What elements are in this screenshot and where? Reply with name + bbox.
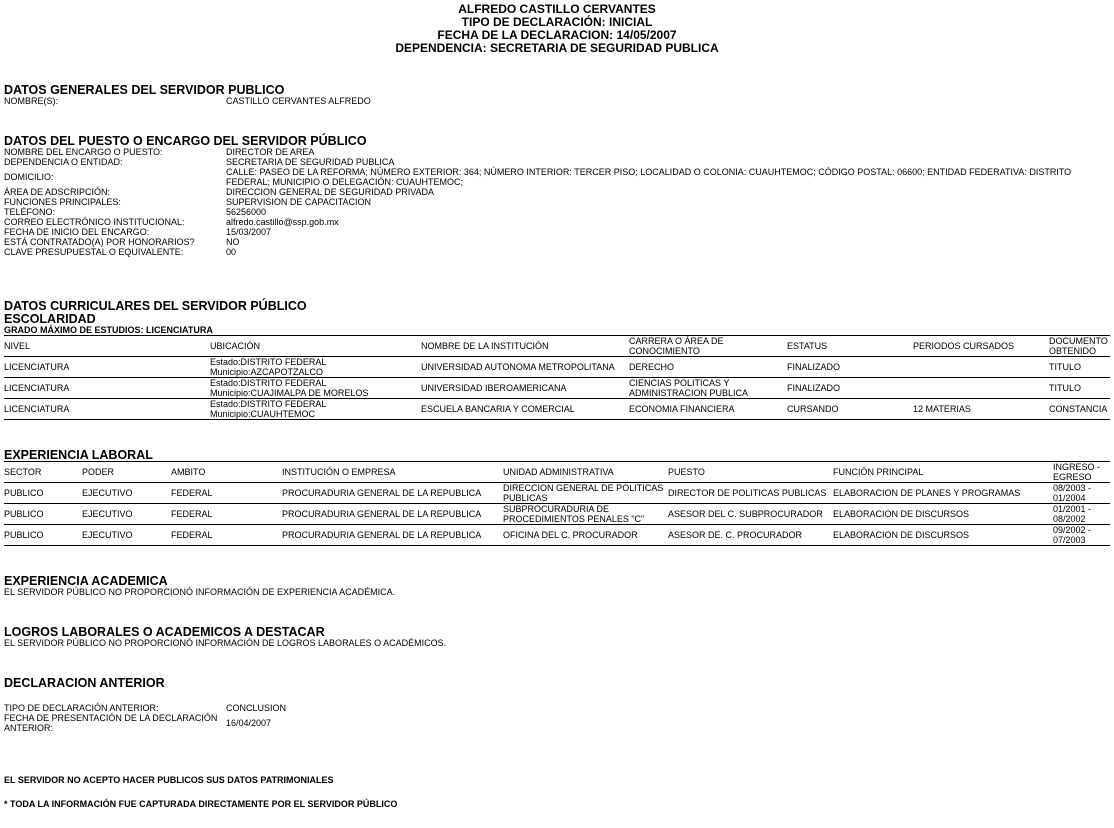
table-cell: FINALIZADO bbox=[787, 357, 913, 378]
table-header-row: NIVELUBICACIÓNNOMBRE DE LA INSTITUCIÓNCA… bbox=[4, 336, 1110, 357]
nombre-label: NOMBRE(S): bbox=[4, 96, 226, 106]
table-cell: 01/2001 - 08/2002 bbox=[1053, 504, 1110, 525]
field-value: DIRECCION GENERAL DE SEGURIDAD PRIVADA bbox=[226, 187, 1076, 197]
column-header: NIVEL bbox=[4, 336, 210, 357]
table-row: LICENCIATURAEstado:DISTRITO FEDERAL Muni… bbox=[4, 378, 1110, 399]
field-label: DOMICILIO: bbox=[4, 172, 226, 182]
table-row: PUBLICOEJECUTIVOFEDERALPROCURADURIA GENE… bbox=[4, 525, 1110, 546]
column-header: UNIDAD ADMINISTRATIVA bbox=[503, 462, 668, 483]
table-cell: DERECHO bbox=[629, 357, 787, 378]
table-cell: CONSTANCIA bbox=[1049, 399, 1110, 420]
table-cell: ELABORACION DE PLANES Y PROGRAMAS bbox=[833, 483, 1053, 504]
table-cell: TITULO bbox=[1049, 357, 1110, 378]
table-cell: LICENCIATURA bbox=[4, 378, 210, 399]
field-row: ÁREA DE ADSCRIPCIÓN:DIRECCION GENERAL DE… bbox=[4, 187, 1076, 197]
table-cell: Estado:DISTRITO FEDERAL Municipio:CUAJIM… bbox=[210, 378, 421, 399]
field-label: FECHA DE INICIO DEL ENCARGO: bbox=[4, 227, 226, 237]
field-value: DIRECTOR DE AREA bbox=[226, 147, 1076, 157]
table-cell: PROCURADURIA GENERAL DE LA REPUBLICA bbox=[282, 504, 503, 525]
field-row: NOMBRE DEL ENCARGO O PUESTO:DIRECTOR DE … bbox=[4, 147, 1076, 157]
column-header: INSTITUCIÓN O EMPRESA bbox=[282, 462, 503, 483]
generales-fields: NOMBRE(S):CASTILLO CERVANTES ALFREDO bbox=[4, 96, 1076, 106]
academica-text: EL SERVIDOR PÚBLICO NO PROPORCIONÓ INFOR… bbox=[4, 587, 395, 597]
table-row: LICENCIATURAEstado:DISTRITO FEDERAL Muni… bbox=[4, 399, 1110, 420]
table-cell: DIRECTOR DE POLITICAS PUBLICAS bbox=[668, 483, 833, 504]
table-cell: CURSANDO bbox=[787, 399, 913, 420]
table-cell: LICENCIATURA bbox=[4, 399, 210, 420]
field-row: CLAVE PRESUPUESTAL O EQUIVALENTE:00 bbox=[4, 247, 1076, 257]
table-cell: ELABORACION DE DISCURSOS bbox=[833, 504, 1053, 525]
table-cell: EJECUTIVO bbox=[82, 483, 171, 504]
field-row: DOMICILIO:CALLE: PASEO DE LA REFORMA; NÚ… bbox=[4, 167, 1076, 187]
document-header: ALFREDO CASTILLO CERVANTES TIPO DE DECLA… bbox=[0, 3, 1114, 55]
table-cell: Estado:DISTRITO FEDERAL Municipio:CUAUHT… bbox=[210, 399, 421, 420]
experiencia-laboral-table: SECTORPODERAMBITOINSTITUCIÓN O EMPRESAUN… bbox=[4, 461, 1110, 546]
table-cell: 08/2003 - 01/2004 bbox=[1053, 483, 1110, 504]
table-cell: PROCURADURIA GENERAL DE LA REPUBLICA bbox=[282, 525, 503, 546]
section-title-anterior: DECLARACION ANTERIOR bbox=[4, 677, 165, 690]
table-cell: PROCURADURIA GENERAL DE LA REPUBLICA bbox=[282, 483, 503, 504]
field-value: CALLE: PASEO DE LA REFORMA; NÚMERO EXTER… bbox=[226, 167, 1076, 187]
table-cell: UNIVERSIDAD AUTONOMA METROPOLITANA bbox=[421, 357, 629, 378]
field-value: SECRETARIA DE SEGURIDAD PUBLICA bbox=[226, 157, 1076, 167]
field-value: NO bbox=[226, 237, 1076, 247]
logros-text: EL SERVIDOR PÚBLICO NO PROPORCIONÓ INFOR… bbox=[4, 638, 446, 648]
field-value: 00 bbox=[226, 247, 1076, 257]
table-cell: SUBPROCURADURIA DE PROCEDIMIENTOS PENALE… bbox=[503, 504, 668, 525]
tipo-anterior-label: TIPO DE DECLARACIÓN ANTERIOR: bbox=[4, 703, 226, 713]
patrimonial-notice: EL SERVIDOR NO ACEPTO HACER PUBLICOS SUS… bbox=[4, 775, 334, 785]
table-cell: FINALIZADO bbox=[787, 378, 913, 399]
field-row: FUNCIONES PRINCIPALES:SUPERVISION DE CAP… bbox=[4, 197, 1076, 207]
table-cell: FEDERAL bbox=[171, 504, 282, 525]
table-cell: UNIVERSIDAD IBEROAMERICANA bbox=[421, 378, 629, 399]
table-cell: LICENCIATURA bbox=[4, 357, 210, 378]
grado-maximo: GRADO MÁXIMO DE ESTUDIOS: LICENCIATURA bbox=[4, 325, 213, 335]
field-row: ESTÁ CONTRATADO(A) POR HONORARIOS?NO bbox=[4, 237, 1076, 247]
column-header: PUESTO bbox=[668, 462, 833, 483]
field-value: SUPERVISION DE CAPACITACION bbox=[226, 197, 1076, 207]
field-label: FUNCIONES PRINCIPALES: bbox=[4, 197, 226, 207]
table-row: PUBLICOEJECUTIVOFEDERALPROCURADURIA GENE… bbox=[4, 483, 1110, 504]
fecha-anterior-value: 16/04/2007 bbox=[226, 718, 1076, 728]
field-row: DEPENDENCIA O ENTIDAD:SECRETARIA DE SEGU… bbox=[4, 157, 1076, 167]
column-header: DOCUMENTO OBTENIDO bbox=[1049, 336, 1110, 357]
column-header: INGRESO - EGRESO bbox=[1053, 462, 1110, 483]
column-header: PODER bbox=[82, 462, 171, 483]
table-cell: ESCUELA BANCARIA Y COMERCIAL bbox=[421, 399, 629, 420]
puesto-fields: NOMBRE DEL ENCARGO O PUESTO:DIRECTOR DE … bbox=[4, 147, 1076, 257]
column-header: PERIODOS CURSADOS bbox=[913, 336, 1049, 357]
field-label: CORREO ELECTRÓNICO INSTITUCIONAL: bbox=[4, 217, 226, 227]
capture-note: * TODA LA INFORMACIÓN FUE CAPTURADA DIRE… bbox=[4, 799, 397, 809]
table-header-row: SECTORPODERAMBITOINSTITUCIÓN O EMPRESAUN… bbox=[4, 462, 1110, 483]
table-cell: ELABORACION DE DISCURSOS bbox=[833, 525, 1053, 546]
table-cell: TITULO bbox=[1049, 378, 1110, 399]
table-cell: EJECUTIVO bbox=[82, 525, 171, 546]
nombre-value: CASTILLO CERVANTES ALFREDO bbox=[226, 96, 1076, 106]
table-cell: ASESOR DE. C. PROCURADOR bbox=[668, 525, 833, 546]
column-header: FUNCIÓN PRINCIPAL bbox=[833, 462, 1053, 483]
field-row: TELÉFONO:56256000 bbox=[4, 207, 1076, 217]
field-label: ÁREA DE ADSCRIPCIÓN: bbox=[4, 187, 226, 197]
anterior-fields: TIPO DE DECLARACIÓN ANTERIOR:CONCLUSION … bbox=[4, 703, 1076, 733]
column-header: NOMBRE DE LA INSTITUCIÓN bbox=[421, 336, 629, 357]
table-cell: FEDERAL bbox=[171, 483, 282, 504]
table-cell: PUBLICO bbox=[4, 483, 82, 504]
field-row: FECHA DE INICIO DEL ENCARGO:15/03/2007 bbox=[4, 227, 1076, 237]
table-cell: CIENCIAS POLITICAS Y ADMINISTRACION PUBL… bbox=[629, 378, 787, 399]
table-row: LICENCIATURAEstado:DISTRITO FEDERAL Muni… bbox=[4, 357, 1110, 378]
table-cell: ECONOMIA FINANCIERA bbox=[629, 399, 787, 420]
fecha-anterior-label: FECHA DE PRESENTACIÓN DE LA DECLARACIÓN … bbox=[4, 713, 222, 733]
column-header: ESTATUS bbox=[787, 336, 913, 357]
field-label: TELÉFONO: bbox=[4, 207, 226, 217]
table-cell: ASESOR DEL C. SUBPROCURADOR bbox=[668, 504, 833, 525]
field-label: DEPENDENCIA O ENTIDAD: bbox=[4, 157, 226, 167]
declaration-agency: DEPENDENCIA: SECRETARIA DE SEGURIDAD PUB… bbox=[0, 42, 1114, 55]
column-header: UBICACIÓN bbox=[210, 336, 421, 357]
table-cell: FEDERAL bbox=[171, 525, 282, 546]
field-value: 56256000 bbox=[226, 207, 1076, 217]
table-cell: PUBLICO bbox=[4, 525, 82, 546]
tipo-anterior-value: CONCLUSION bbox=[226, 703, 1076, 713]
column-header: AMBITO bbox=[171, 462, 282, 483]
field-value: 15/03/2007 bbox=[226, 227, 1076, 237]
table-cell: Estado:DISTRITO FEDERAL Municipio:AZCAPO… bbox=[210, 357, 421, 378]
column-header: SECTOR bbox=[4, 462, 82, 483]
table-cell bbox=[913, 378, 1049, 399]
column-header: CARRERA O ÁREA DE CONOCIMIENTO bbox=[629, 336, 787, 357]
table-cell: PUBLICO bbox=[4, 504, 82, 525]
table-cell: OFICINA DEL C. PROCURADOR bbox=[503, 525, 668, 546]
field-label: CLAVE PRESUPUESTAL O EQUIVALENTE: bbox=[4, 247, 226, 257]
field-value: alfredo.castillo@ssp.gob.mx bbox=[226, 217, 1076, 227]
table-cell bbox=[913, 357, 1049, 378]
escolaridad-table: NIVELUBICACIÓNNOMBRE DE LA INSTITUCIÓNCA… bbox=[4, 335, 1110, 420]
table-cell: EJECUTIVO bbox=[82, 504, 171, 525]
table-cell: 12 MATERIAS bbox=[913, 399, 1049, 420]
table-cell: DIRECCION GENERAL DE POLITICAS PUBLICAS bbox=[503, 483, 668, 504]
field-row: CORREO ELECTRÓNICO INSTITUCIONAL:alfredo… bbox=[4, 217, 1076, 227]
table-cell: 09/2002 - 07/2003 bbox=[1053, 525, 1110, 546]
field-label: ESTÁ CONTRATADO(A) POR HONORARIOS? bbox=[4, 237, 226, 247]
field-label: NOMBRE DEL ENCARGO O PUESTO: bbox=[4, 147, 226, 157]
table-row: PUBLICOEJECUTIVOFEDERALPROCURADURIA GENE… bbox=[4, 504, 1110, 525]
